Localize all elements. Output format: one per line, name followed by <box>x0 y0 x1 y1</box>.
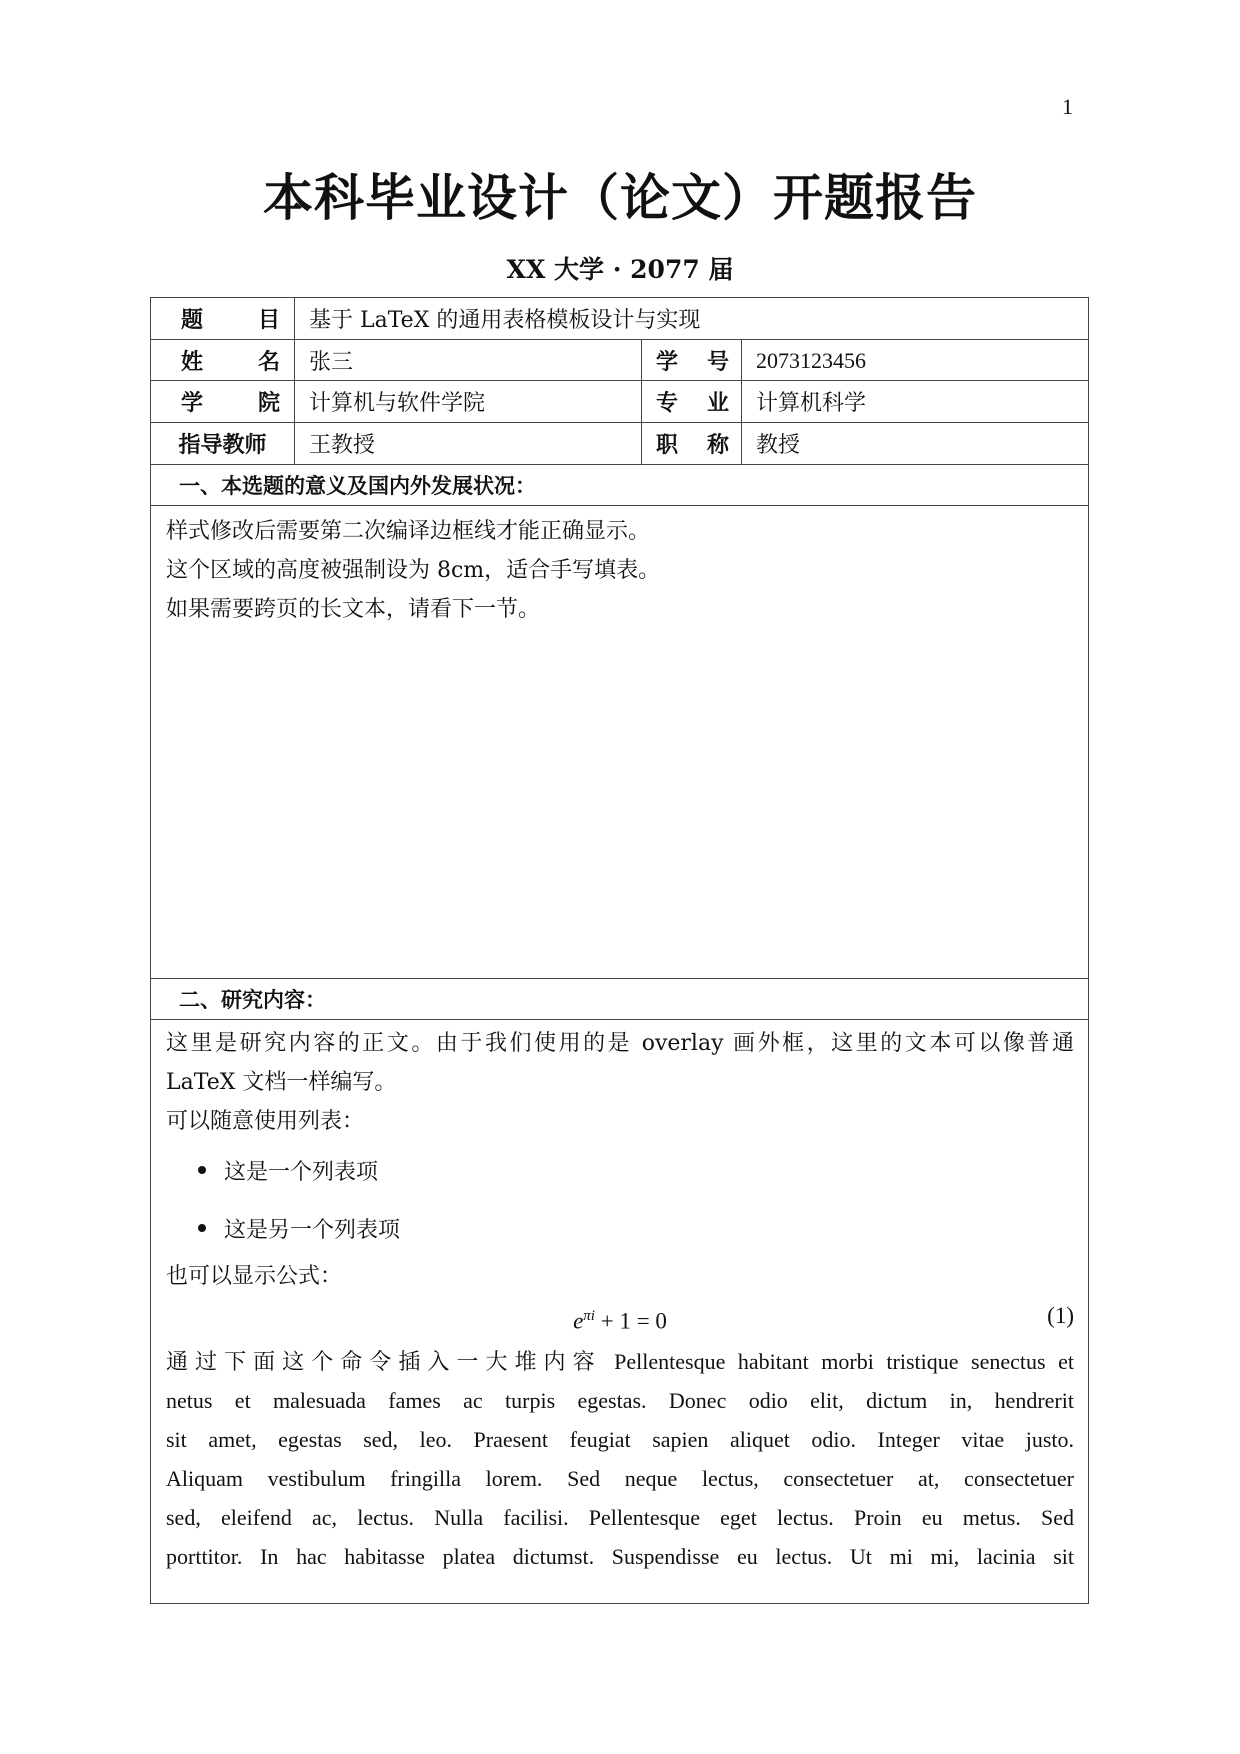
list-item-text: 这是一个列表项 <box>224 1155 378 1186</box>
bullet-icon <box>198 1166 206 1174</box>
student-id-label-a: 学 <box>656 345 678 376</box>
paragraph-line: sit amet, egestas sed, leo. Praesent feu… <box>166 1420 1074 1459</box>
section2-intro-line: LaTeX 文档一样编写。 <box>166 1063 1074 1102</box>
bullet-icon <box>198 1224 206 1232</box>
section1-line: 如果需要跨页的长文本，请看下一节。 <box>166 590 1074 629</box>
school-label: 学 院 <box>151 381 294 422</box>
student-id-value: 2073123456 <box>741 340 1088 381</box>
info-row-school: 学 院 计算机与软件学院 专 业 计算机科学 <box>150 380 1089 422</box>
major-value: 计算机科学 <box>741 381 1088 422</box>
section1-line: 这个区域的高度被强制设为 8cm，适合手写填表。 <box>166 551 1074 590</box>
section1-line: 样式修改后需要第二次编译边框线才能正确显示。 <box>166 512 1074 551</box>
list-item-text: 这是另一个列表项 <box>224 1213 400 1244</box>
equation-body: eπi + 1 = 0 <box>166 1296 1074 1342</box>
school-label-b: 院 <box>258 386 280 417</box>
document-title: 本科毕业设计（论文）开题报告 <box>0 158 1240 230</box>
equation-number: (1) <box>1047 1296 1074 1336</box>
section2-heading: 二、研究内容： <box>150 978 1089 1020</box>
major-label-a: 专 <box>656 386 678 417</box>
advisor-label: 指导教师 <box>151 423 294 464</box>
list-item: 这是另一个列表项 <box>166 1199 1074 1257</box>
paragraph-line: 通过下面这个命令插入一大堆内容 Pellentesque habitant mo… <box>166 1342 1074 1381</box>
equation-rest: + 1 = 0 <box>595 1309 667 1334</box>
document-subtitle: XX 大学 · 2077 届 <box>0 250 1240 286</box>
name-label: 姓 名 <box>151 340 294 381</box>
page-number: 1 <box>1062 94 1073 120</box>
equation-base: e <box>573 1309 583 1334</box>
equation-exponent: πi <box>583 1308 595 1324</box>
advisor-value: 王教授 <box>294 423 641 464</box>
major-label-b: 业 <box>707 386 729 417</box>
major-label: 专 业 <box>641 381 741 422</box>
school-value: 计算机与软件学院 <box>294 381 641 422</box>
list-item: 这是一个列表项 <box>166 1141 1074 1199</box>
topic-value: 基于 LaTeX 的通用表格模板设计与实现 <box>294 298 1088 339</box>
topic-label: 题 目 <box>151 298 294 339</box>
title-rank-label-a: 职 <box>656 428 678 459</box>
title-rank-label-b: 称 <box>707 428 729 459</box>
student-id-label-b: 号 <box>707 345 729 376</box>
info-row-topic: 题 目 基于 LaTeX 的通用表格模板设计与实现 <box>150 297 1089 339</box>
list-intro: 可以随意使用列表： <box>166 1102 1074 1141</box>
school-label-a: 学 <box>181 386 203 417</box>
info-row-advisor: 指导教师 王教授 职 称 教授 <box>150 422 1089 464</box>
section2-body: 这里是研究内容的正文。由于我们使用的是 overlay 画外框，这里的文本可以像… <box>150 1020 1089 1604</box>
info-row-name: 姓 名 张三 学 号 2073123456 <box>150 339 1089 381</box>
section1-body: 样式修改后需要第二次编译边框线才能正确显示。 这个区域的高度被强制设为 8cm，… <box>150 506 1089 979</box>
topic-label-b: 目 <box>258 303 280 334</box>
title-rank-label: 职 称 <box>641 423 741 464</box>
name-label-b: 名 <box>258 345 280 376</box>
name-label-a: 姓 <box>181 345 203 376</box>
paragraph-line: sed, eleifend ac, lectus. Nulla facilisi… <box>166 1498 1074 1537</box>
equation: eπi + 1 = 0 (1) <box>166 1296 1074 1336</box>
paragraph-line: porttitor. In hac habitasse platea dictu… <box>166 1537 1074 1576</box>
title-rank-value: 教授 <box>741 423 1088 464</box>
name-value: 张三 <box>294 340 641 381</box>
paragraph-line: netus et malesuada fames ac turpis egest… <box>166 1381 1074 1420</box>
topic-label-a: 题 <box>181 303 203 334</box>
section2-intro-line: 这里是研究内容的正文。由于我们使用的是 overlay 画外框，这里的文本可以像… <box>166 1024 1074 1063</box>
formula-intro: 也可以显示公式： <box>166 1257 1074 1296</box>
paragraph-line: Aliquam vestibulum fringilla lorem. Sed … <box>166 1459 1074 1498</box>
section1-heading: 一、本选题的意义及国内外发展状况： <box>150 464 1089 506</box>
student-id-label: 学 号 <box>641 340 741 381</box>
